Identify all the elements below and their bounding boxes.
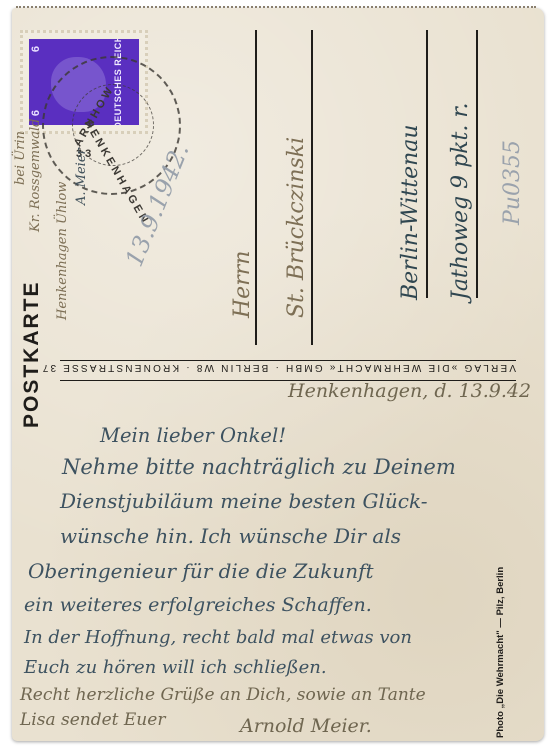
letter-line-6: In der Hoffnung, recht bald mal etwas vo… bbox=[24, 627, 412, 648]
perforated-top-edge bbox=[16, 6, 536, 8]
address-name: St. Brückczinski bbox=[284, 137, 309, 318]
letter-line-5: ein weiteres erfolgreiches Schaffen. bbox=[24, 594, 372, 616]
letter-line-9: Lisa sendet Euer bbox=[20, 710, 165, 730]
publisher-line: VERLAG »DIE WEHRMACHT« GMBH · BERLIN W8 … bbox=[60, 362, 516, 373]
address-line-4 bbox=[476, 30, 478, 298]
postkarte-label: POSTKARTE bbox=[20, 280, 44, 428]
publisher-bar: VERLAG »DIE WEHRMACHT« GMBH · BERLIN W8 … bbox=[60, 360, 516, 381]
letter-line-8: Recht herzliche Grüße an Dich, sowie an … bbox=[20, 685, 426, 705]
address-street: Jathoweg 9 pkt. r. bbox=[448, 103, 473, 300]
address-city: Berlin-Wittenau bbox=[398, 124, 423, 300]
stamp-value-top: 6 bbox=[30, 46, 42, 52]
archive-pencil-note: Pu0355 bbox=[500, 140, 525, 225]
letter-greeting: Mein lieber Onkel! bbox=[100, 424, 286, 447]
letter-line-4: Oberingenieur für die die Zukunft bbox=[28, 559, 374, 583]
sender-line-2: Henkenhagen Ühlow bbox=[55, 182, 70, 320]
photo-credit: Photo „Die Wehrmacht" — Pilz, Berlin bbox=[495, 567, 506, 738]
sender-line-3: Kr. Rossgemwald bbox=[28, 119, 43, 232]
address-salutation: Herrn bbox=[230, 251, 255, 318]
letter-line-1: Nehme bitte nachträglich zu Deinem bbox=[62, 455, 456, 479]
letter-line-7: Euch zu hören will ich schließen. bbox=[24, 657, 327, 678]
address-line-3 bbox=[426, 30, 428, 298]
sender-line-4: bei Ürin bbox=[13, 131, 28, 185]
letter-line-2: Dienstjubiläum meine besten Glück- bbox=[60, 489, 428, 513]
sender-line-1: A. Meier bbox=[74, 148, 89, 205]
letter-place-date: Henkenhagen, d. 13.9.42 bbox=[288, 380, 531, 402]
stamp-value-bottom: 6 bbox=[30, 110, 42, 116]
address-line-2 bbox=[311, 30, 313, 345]
address-line-1 bbox=[255, 30, 257, 345]
letter-signature: Arnold Meier. bbox=[240, 715, 372, 737]
letter-line-3: wünsche hin. Ich wünsche Dir als bbox=[60, 524, 401, 548]
